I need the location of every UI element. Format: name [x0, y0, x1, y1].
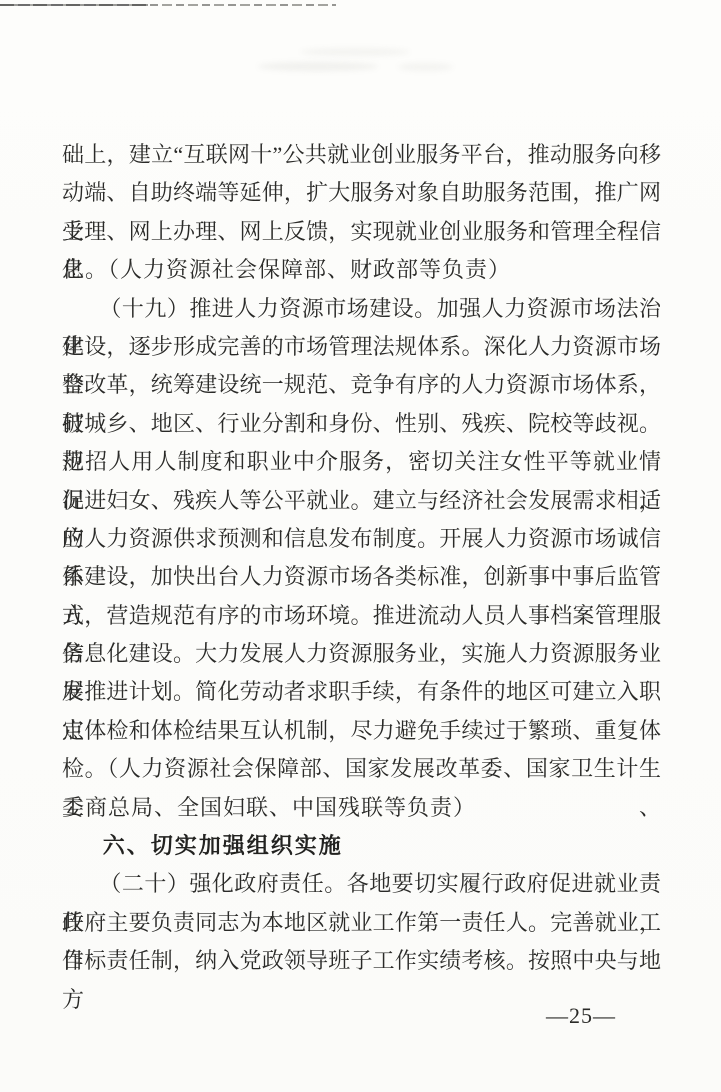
scanned-document-page: 础上，建立“互联网十”公共就业创业服务平台，推动服务向移 动端、自助终端等延伸，… — [0, 0, 721, 1092]
text-line: 化。（人力资源社会保障部、财政部等负责） — [62, 251, 661, 289]
text-line: 破城乡、地区、行业分割和身份、性别、残疾、院校等歧视。规 — [62, 405, 661, 443]
body-text-block: 础上，建立“互联网十”公共就业创业服务平台，推动服务向移 动端、自助终端等延伸，… — [62, 136, 661, 981]
scan-artifact-line — [0, 4, 148, 6]
text-line: 受理、网上办理、网上反馈，实现就业创业服务和管理全程信息 — [62, 213, 661, 251]
text-line: 动端、自助终端等延伸，扩大服务对象自助服务范围，推广网上 — [62, 174, 661, 212]
text-line: 点体检和体检结果互认机制，尽力避免手续过于繁琐、重复体 — [62, 712, 661, 750]
text-line: 建设，逐步形成完善的市场管理法规体系。深化人力资源市场整 — [62, 328, 661, 366]
text-line: 式，营造规范有序的市场环境。推进流动人员人事档案管理服务 — [62, 597, 661, 635]
text-line: 的人力资源供求预测和信息发布制度。开展人力资源市场诚信体 — [62, 520, 661, 558]
text-line: 政府主要负责同志为本地区就业工作第一责任人。完善就业工作 — [62, 904, 661, 942]
section-heading: 六、切实加强组织实施 — [62, 827, 661, 865]
text-line: 目标责任制，纳入党政领导班子工作实绩考核。按照中央与地方 — [62, 942, 661, 980]
bleedthrough-smudge — [258, 62, 378, 71]
page-number: —25— — [546, 1001, 626, 1031]
text-line: 范招人用人制度和职业中介服务，密切关注女性平等就业情况， — [62, 443, 661, 481]
text-line: 础上，建立“互联网十”公共就业创业服务平台，推动服务向移 — [62, 136, 661, 174]
scan-artifact-line-dashed — [150, 4, 336, 6]
text-line-paragraph-20-start: （二十）强化政府责任。各地要切实履行政府促进就业责任， — [62, 865, 661, 903]
text-line: 展推进计划。简化劳动者求职手续，有条件的地区可建立入职定 — [62, 673, 661, 711]
bleedthrough-smudge — [300, 48, 410, 56]
text-line: 合改革，统筹建设统一规范、竞争有序的人力资源市场体系，打 — [62, 366, 661, 404]
text-line: 检。（人力资源社会保障部、国家发展改革委、国家卫生计生委、 — [62, 750, 661, 788]
text-line-paragraph-19-start: （十九）推进人力资源市场建设。加强人力资源市场法治化 — [62, 290, 661, 328]
bleedthrough-smudge — [398, 63, 453, 71]
text-line: 信息化建设。大力发展人力资源服务业，实施人力资源服务业发 — [62, 635, 661, 673]
text-line: 促进妇女、残疾人等公平就业。建立与经济社会发展需求相适应 — [62, 482, 661, 520]
text-line: 系建设，加快出台人力资源市场各类标准，创新事中事后监管方 — [62, 558, 661, 596]
